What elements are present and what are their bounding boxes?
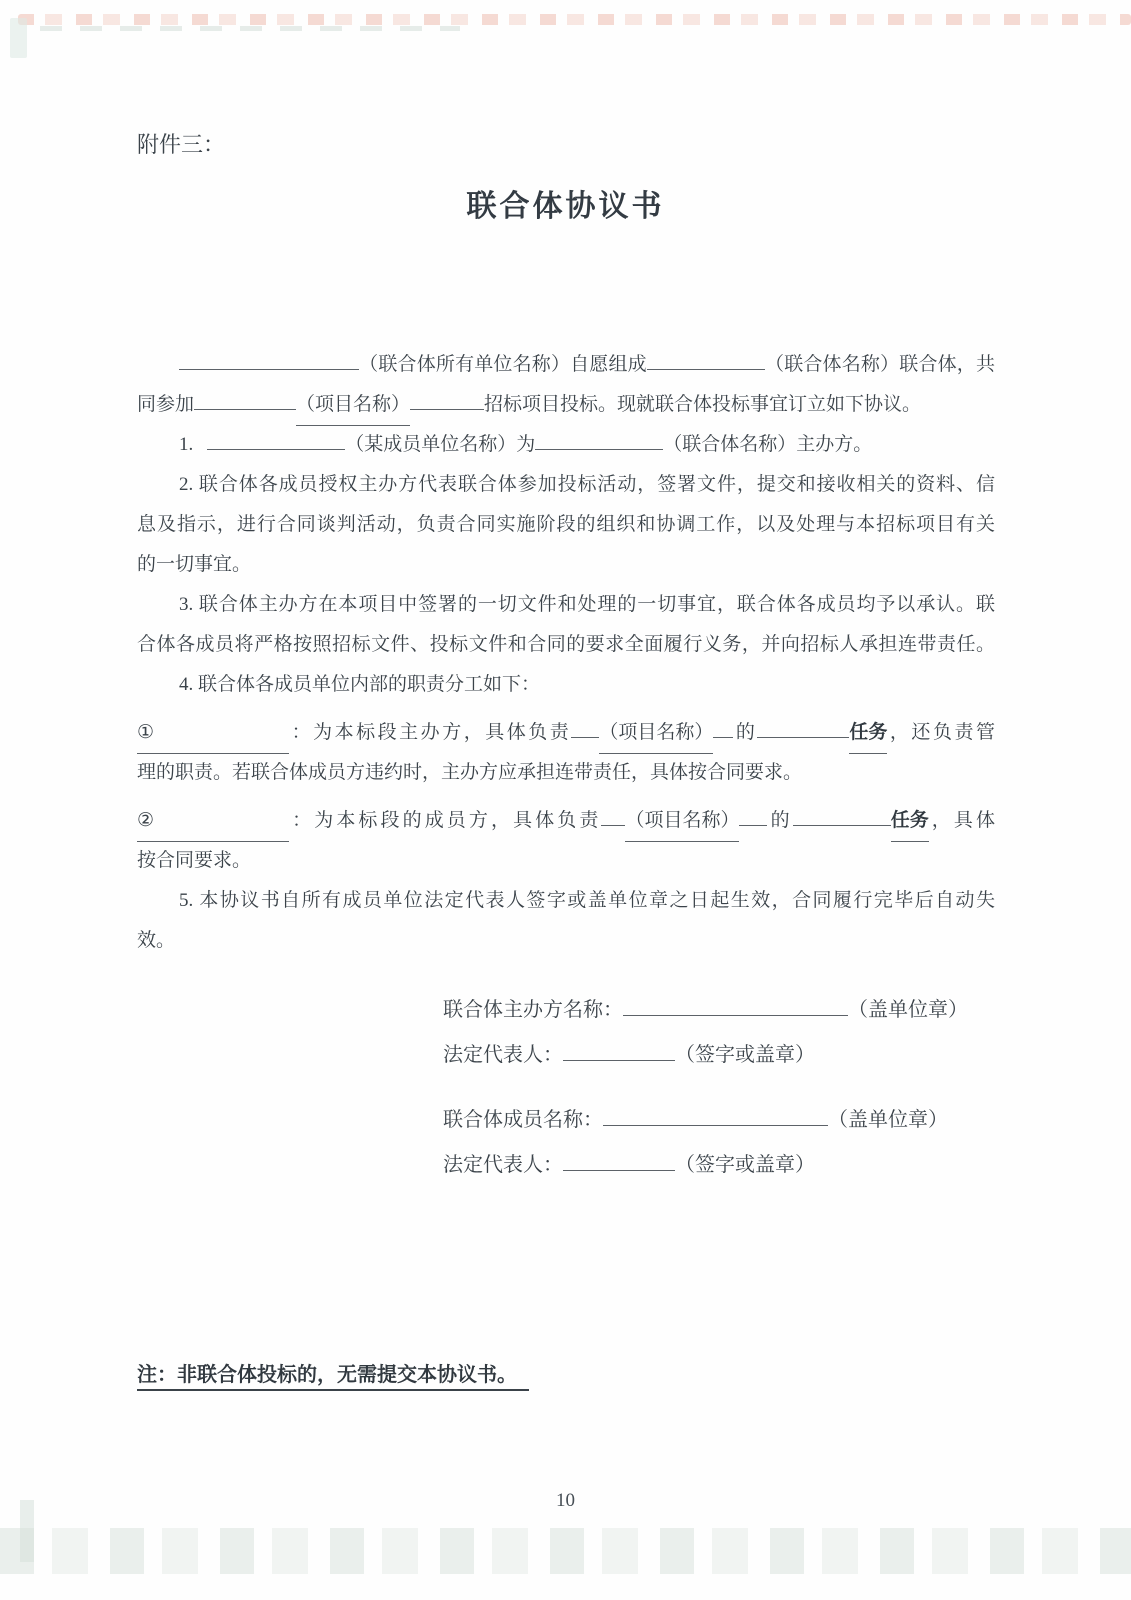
project-name-placeholder: （项目名称） [599,713,713,754]
footer-note-text: 注：非联合体投标的，无需提交本协议书。 [137,1358,529,1391]
blank-field-member-name [207,429,345,450]
task-label: 任务 [891,801,929,842]
signature-label: 联合体主办方名称： [443,999,623,1021]
duty2-line2: 按合同要求。 [137,841,995,881]
scan-artifact-bottom-edge [0,1528,1131,1574]
text-run: （联合体所有单位名称）自愿组成 [359,354,647,375]
blank-field-unit-name [623,994,848,1016]
signature-block-lead-member: 联合体主办方名称：（盖单位章） 法定代表人：（签字或盖章） [443,988,968,1078]
blank-field-legal-rep [563,1149,675,1171]
duty1-line1: ①：为本标段主办方，具体负责（项目名称）的任务，还负责管 [137,713,995,753]
signature-suffix: （签字或盖章） [675,1154,815,1176]
item5-line1: 5. 本协议书自所有成员单位法定代表人签字或盖单位章之日起生效，合同履行完毕后自… [137,881,995,921]
blank-field-task-group: 任务 [757,713,887,754]
signature-rep-line: 法定代表人：（签字或盖章） [443,1033,968,1078]
signature-suffix: （盖单位章） [848,999,968,1021]
text-run: 招标项目投标。现就联合体投标事宜订立如下协议。 [484,394,921,415]
item2-line3: 的一切事宜。 [137,545,995,585]
text-run: ：为本标段主办方，具体负责 [289,722,571,743]
signature-label: 法定代表人： [443,1154,563,1176]
blank-field-consortium-members [179,349,359,370]
page-number: 10 [0,1490,1131,1512]
document-page: 附件三： 联合体协议书 （联合体所有单位名称）自愿组成（联合体名称）联合体，共 … [0,0,1131,1600]
blank-field-project-name-group: （项目名称） [194,385,484,426]
project-name-placeholder: （项目名称） [296,385,410,426]
text-run: （联合体名称）联合体，共 [765,354,995,375]
document-body: （联合体所有单位名称）自愿组成（联合体名称）联合体，共 同参加（项目名称）招标项… [137,345,995,961]
text-run: ，还负责管 [887,722,995,743]
blank-field-legal-rep [563,1039,675,1061]
text-run: （某成员单位名称）为 [345,434,535,455]
footer-note: 注：非联合体投标的，无需提交本协议书。 [137,1358,529,1391]
blank-field-project-name-group: （项目名称） [571,713,733,754]
task-label: 任务 [849,713,887,754]
paragraph1-line2: 同参加（项目名称）招标项目投标。现就联合体投标事宜订立如下协议。 [137,385,995,425]
blank-field [194,389,296,410]
blank-field-project-name-group: （项目名称） [601,801,767,842]
item3-line1: 3. 联合体主办方在本项目中签署的一切文件和处理的一切事宜，联合体各成员均予以承… [137,585,995,625]
scan-artifact-top-smudge [40,26,460,31]
text-run: 的 [733,722,757,743]
signature-name-line: 联合体主办方名称：（盖单位章） [443,988,968,1033]
signature-suffix: （盖单位章） [828,1109,948,1131]
blank-field [713,717,733,738]
blank-field [739,805,767,826]
circled-one-with-blank: ① [137,713,289,754]
signature-rep-line: 法定代表人：（签字或盖章） [443,1143,948,1188]
blank-field [757,717,849,738]
signature-suffix: （签字或盖章） [675,1044,815,1066]
duty1-line2: 理的职责。若联合体成员方违约时，主办方应承担连带责任，具体按合同要求。 [137,753,995,793]
item4-line: 4. 联合体各成员单位内部的职责分工如下： [137,665,995,705]
signature-block-member: 联合体成员名称：（盖单位章） 法定代表人：（签字或盖章） [443,1098,948,1188]
text-run: 同参加 [137,394,194,415]
item-number: 1. [179,434,193,455]
signature-name-line: 联合体成员名称：（盖单位章） [443,1098,948,1143]
signature-label: 联合体成员名称： [443,1109,603,1131]
scan-artifact-top-left [10,18,27,58]
item5-line2: 效。 [137,921,995,961]
text-run: ：为本标段的成员方，具体负责 [289,810,601,831]
signature-label: 法定代表人： [443,1044,563,1066]
scan-artifact-top-edge [18,14,1131,25]
item1-line: 1.（某成员单位名称）为（联合体名称）主办方。 [137,425,995,465]
text-run: （联合体名称）主办方。 [663,434,872,455]
blank-field-unit-name [603,1104,828,1126]
item2-line1: 2. 联合体各成员授权主办方代表联合体参加投标活动，签署文件，提交和接收相关的资… [137,465,995,505]
item3-line2: 合体各成员将严格按照招标文件、投标文件和合同的要求全面履行义务，并向招标人承担连… [137,625,995,665]
blank-field [571,717,599,738]
text-run: ，具体 [929,810,995,831]
duty2-line1: ②：为本标段的成员方，具体负责（项目名称）的任务，具体 [137,801,995,841]
blank-field [793,805,891,826]
circled-two-with-blank: ② [137,801,289,842]
blank-field [601,805,625,826]
document-title: 联合体协议书 [0,181,1131,225]
text-run: 的 [767,810,792,831]
blank-field-task-group: 任务 [793,801,929,842]
item2-line2: 息及指示，进行合同谈判活动，负责合同实施阶段的组织和协调工作，以及处理与本招标项… [137,505,995,545]
paragraph1-line1: （联合体所有单位名称）自愿组成（联合体名称）联合体，共 [137,345,995,385]
blank-field [410,389,484,410]
blank-field-consortium-name [535,429,663,450]
blank-field-consortium-name [647,349,765,370]
attachment-label: 附件三： [137,128,225,159]
project-name-placeholder: （项目名称） [625,801,739,842]
